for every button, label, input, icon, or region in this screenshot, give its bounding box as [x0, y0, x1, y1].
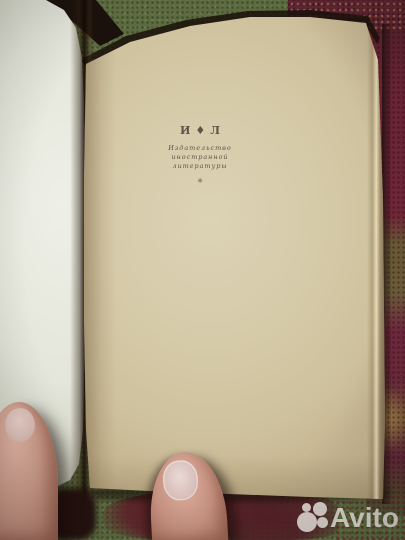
page-gutter-shading	[84, 40, 116, 496]
avito-logo-circle	[313, 502, 327, 516]
imprint-line-2: иностранной	[148, 153, 252, 162]
left-thumbnail	[5, 408, 35, 442]
publisher-mark: И♦Л Издательство иностранной литературы …	[148, 124, 252, 185]
avito-logo-circle	[297, 512, 317, 532]
avito-logo-icon	[292, 500, 330, 536]
imprint-line-1: Издательство	[148, 144, 252, 153]
publisher-monogram: И♦Л	[148, 124, 252, 138]
imprint-line-3: литературы	[148, 162, 252, 171]
avito-watermark: Avito	[290, 499, 405, 537]
avito-logo-circle	[302, 503, 311, 512]
avito-logo-circle	[317, 517, 328, 528]
book-photo-scene: И♦Л Издательство иностранной литературы …	[0, 0, 405, 540]
right-thumbnail	[162, 459, 199, 501]
avito-watermark-text: Avito	[330, 501, 399, 535]
ornament-star: ✳	[148, 177, 252, 185]
